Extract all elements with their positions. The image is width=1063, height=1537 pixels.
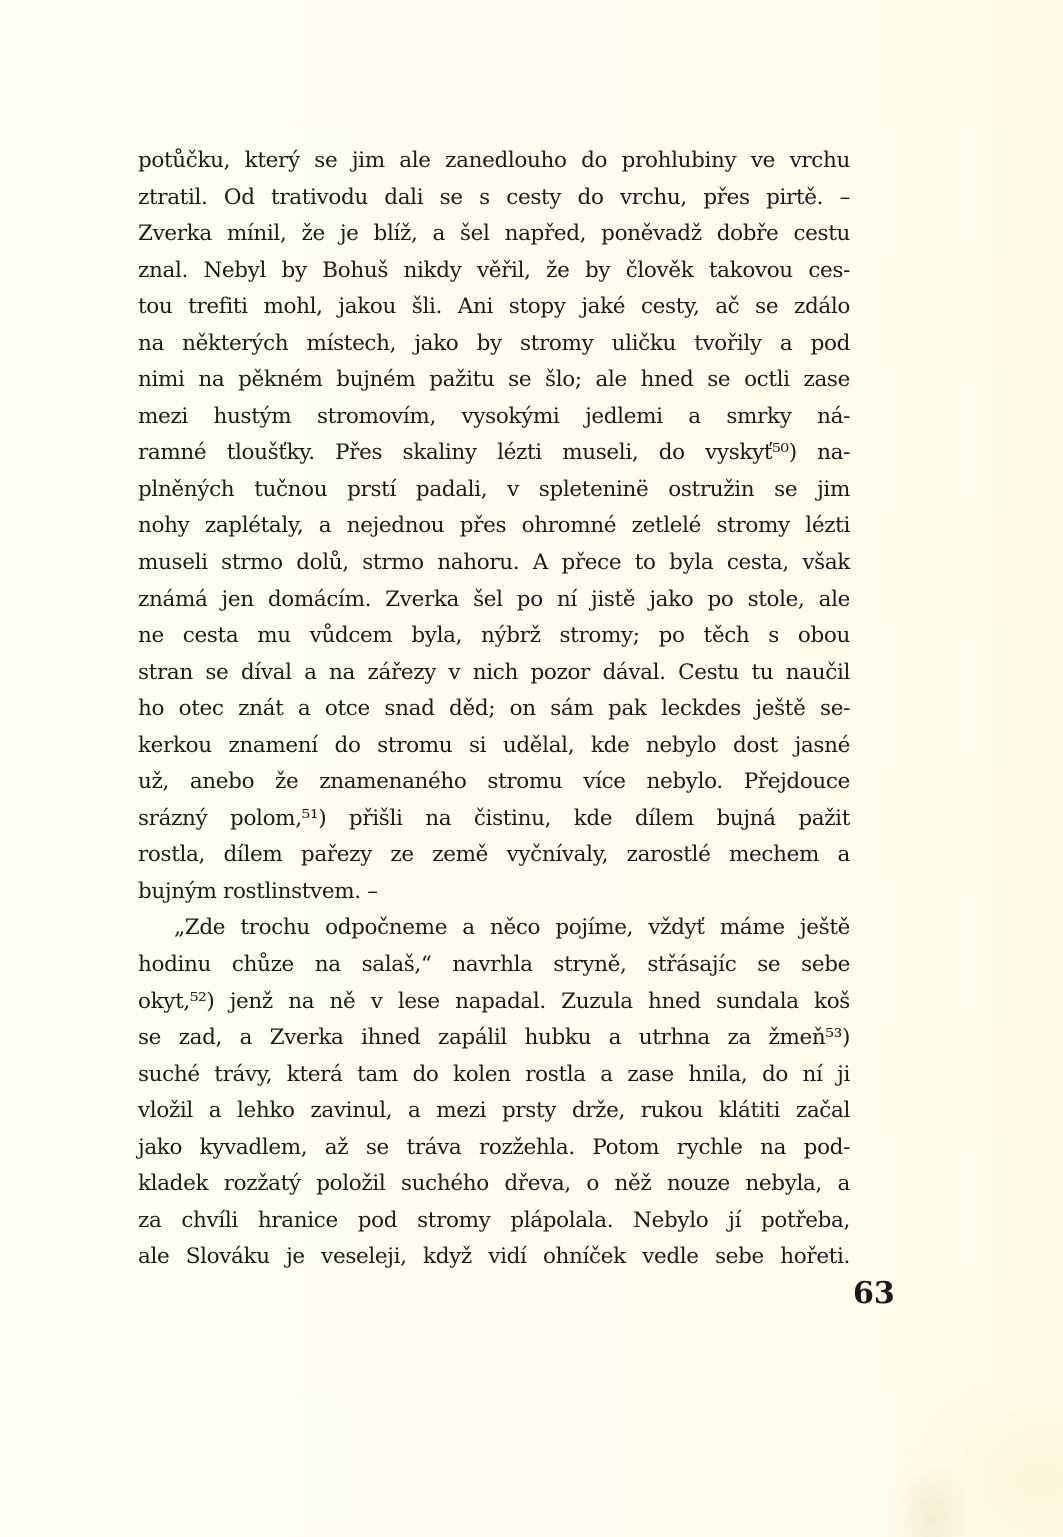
page-number: 63 xyxy=(853,1276,895,1311)
text-line: tou trefiti mohl, jakou šli. Ani stopy j… xyxy=(138,289,850,326)
text-line: plněných tučnou prstí padali, v spleteni… xyxy=(138,472,850,509)
text-line: mezi hustým stromovím, vysokými jedlemi … xyxy=(138,399,850,436)
text-line: vložil a lehko zavinul, a mezi prsty drž… xyxy=(138,1093,850,1130)
body-text: potůčku, který se jim ale zanedlouho do … xyxy=(138,143,850,1276)
text-line: ale Slováku je veseleji, když vidí ohníč… xyxy=(138,1239,850,1276)
text-line: už, anebo že znamenaného stromu více neb… xyxy=(138,764,850,801)
text-line: kerkou znamení do stromu si udělal, kde … xyxy=(138,728,850,765)
text-line: „Zde trochu odpočneme a něco pojíme, vžd… xyxy=(138,910,850,947)
text-line: nimi na pěkném bujném pažitu se šlo; ale… xyxy=(138,362,850,399)
paragraph-1: potůčku, který se jim ale zanedlouho do … xyxy=(138,143,850,910)
text-line: za chvíli hranice pod stromy plápolala. … xyxy=(138,1203,850,1240)
text-line: ztratil. Od trativodu dali se s cesty do… xyxy=(138,180,850,217)
text-line: na některých místech, jako by stromy uli… xyxy=(138,326,850,363)
text-line: museli strmo dolů, strmo nahoru. A přece… xyxy=(138,545,850,582)
text-line: potůčku, který se jim ale zanedlouho do … xyxy=(138,143,850,180)
text-line: kladek rozžatý položil suchého dřeva, o … xyxy=(138,1166,850,1203)
text-line: se zad, a Zverka ihned zapálil hubku a u… xyxy=(138,1020,850,1057)
text-line: ho otec znát a otce snad děd; on sám pak… xyxy=(138,691,850,728)
text-line: ramné tloušťky. Přes skaliny lézti musel… xyxy=(138,435,850,472)
text-line: nohy zaplétaly, a nejednou přes ohromné … xyxy=(138,508,850,545)
text-line: suché trávy, která tam do kolen rostla a… xyxy=(138,1057,850,1094)
text-line: bujným rostlinstvem. – xyxy=(138,874,850,911)
text-line: Zverka mínil, že je blíž, a šel napřed, … xyxy=(138,216,850,253)
paragraph-2: „Zde trochu odpočneme a něco pojíme, vžd… xyxy=(138,910,850,1275)
text-line: znal. Nebyl by Bohuš nikdy věřil, že by … xyxy=(138,253,850,290)
text-line: ne cesta mu vůdcem byla, nýbrž stromy; p… xyxy=(138,618,850,655)
text-line: srázný polom,⁵¹) přišli na čistinu, kde … xyxy=(138,801,850,838)
text-line: známá jen domácím. Zverka šel po ní jist… xyxy=(138,582,850,619)
text-line: rostla, dílem pařezy ze země vyčnívaly, … xyxy=(138,837,850,874)
text-line: okyt,⁵²) jenž na ně v lese napadal. Zuzu… xyxy=(138,984,850,1021)
text-line: stran se díval a na zářezy v nich pozor … xyxy=(138,655,850,692)
text-line: hodinu chůze na salaš,“ navrhla stryně, … xyxy=(138,947,850,984)
text-line: jako kyvadlem, až se tráva rozžehla. Pot… xyxy=(138,1130,850,1167)
